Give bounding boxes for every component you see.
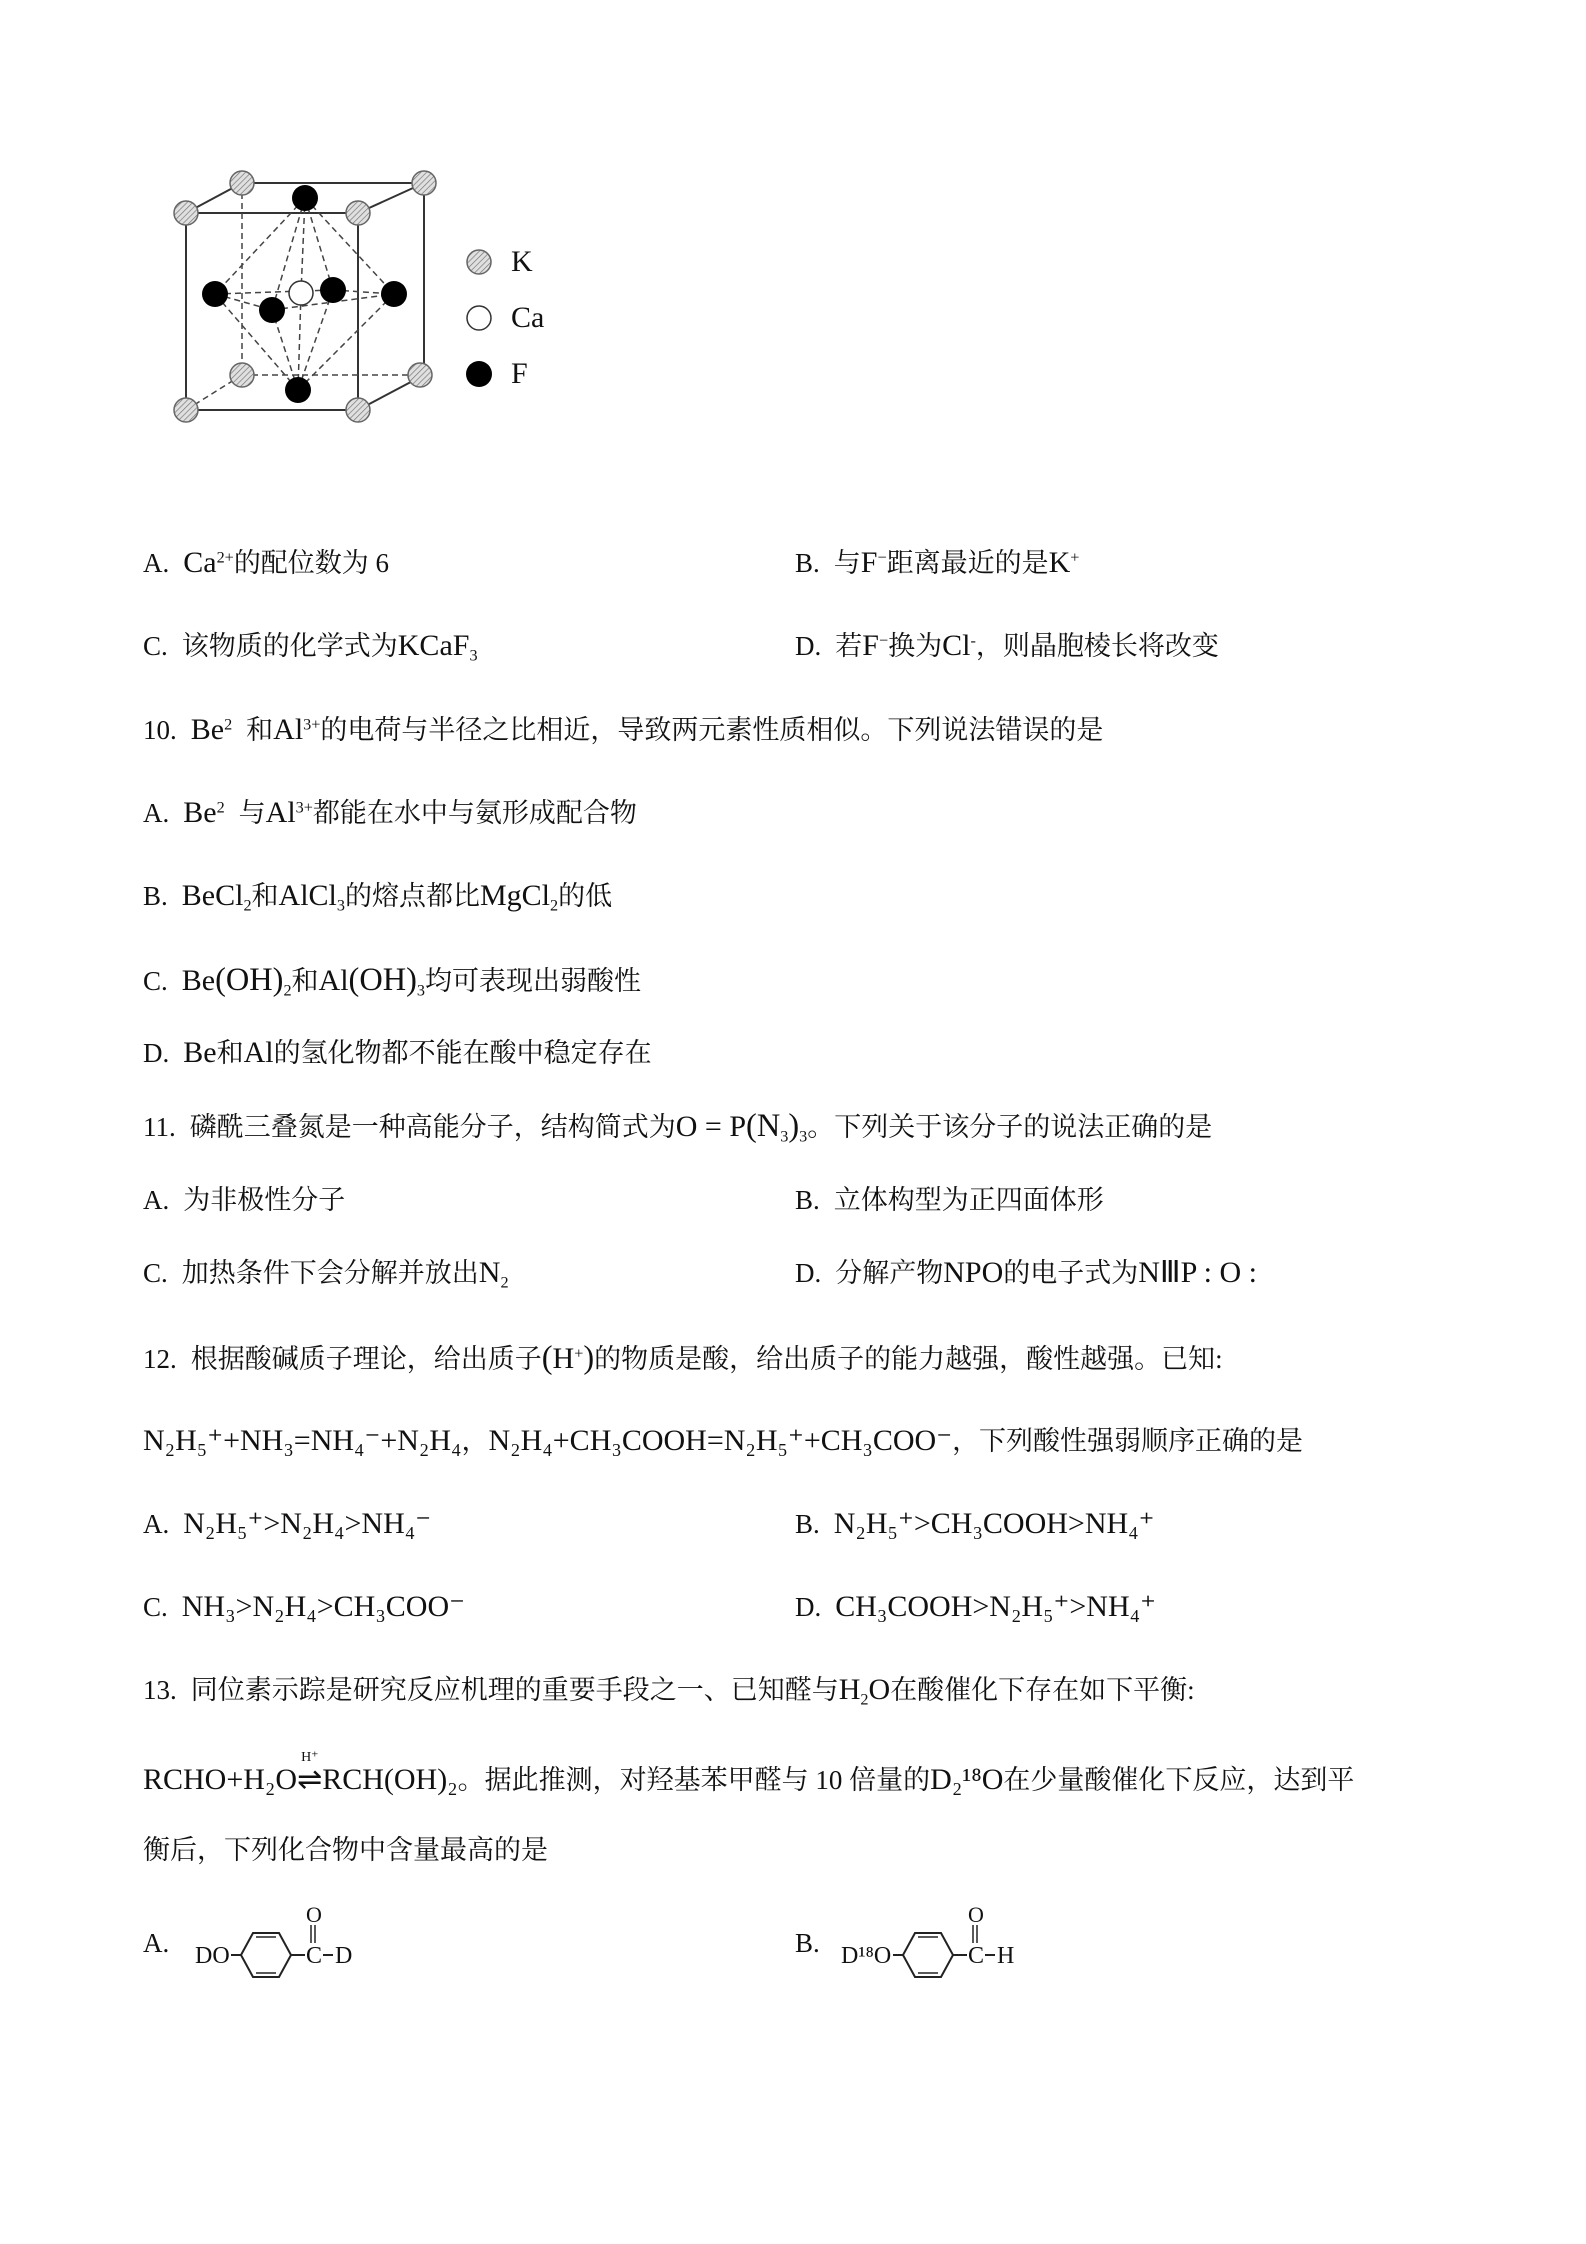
crystal-structure-figure: [150, 160, 450, 440]
legend-label: K: [511, 245, 533, 279]
legend-label: Ca: [511, 301, 544, 335]
q13-stem-line2: RCHO+H₂OH⁺⇌RCH(OH)₂。据此推测，对羟基苯甲醛与 10 倍量的D…: [143, 1762, 1354, 1798]
q12-option-c[interactable]: C.NH₃>N₂H₄>CH₃COO⁻: [143, 1589, 465, 1625]
q13-stem-line1: 13.同位素示踪是研究反应机理的重要手段之一、已知醛与H2O在酸催化下存在如下平…: [143, 1672, 1195, 1708]
q12-stem-line1: 12.根据酸碱质子理论，给出质子(H+)的物质是酸，给出质子的能力越强，酸性越强…: [143, 1340, 1223, 1377]
q13-option-b[interactable]: B. D¹⁸O O C H: [795, 1905, 1195, 1985]
q11-option-d[interactable]: D.分解产物NPO的电子式为NⅢP : O :: [795, 1255, 1257, 1291]
q9-option-d[interactable]: D.若F−换为Cl-，则晶胞棱长将改变: [795, 628, 1219, 664]
q13-option-a[interactable]: A. DO O C D: [143, 1905, 543, 1985]
q10-option-d[interactable]: D.Be和Al的氢化物都不能在酸中稳定存在: [143, 1035, 652, 1071]
legend-item-ca: Ca: [465, 301, 544, 335]
q11-option-a[interactable]: A.为非极性分子: [143, 1182, 345, 1218]
q11-option-c[interactable]: C.加热条件下会分解并放出N2: [143, 1255, 509, 1291]
q9-option-a[interactable]: A.Ca2+的配位数为 6: [143, 545, 389, 581]
catalyst-label: H⁺: [301, 1740, 319, 1776]
q12-option-b[interactable]: B.N₂H₅⁺>CH₃COOH>NH₄⁺: [795, 1506, 1154, 1542]
q10-option-a[interactable]: A.Be2与Al3+都能在水中与氨形成配合物: [143, 795, 637, 831]
q12-stem-line2: N₂H₅⁺+NH₃=NH₄⁻+N₂H₄，N₂H₄+CH₃COOH=N₂H₅⁺+C…: [143, 1423, 1303, 1459]
q9-option-c[interactable]: C.该物质的化学式为KCaF3: [143, 628, 478, 664]
q10-option-c[interactable]: C.Be(OH)2和Al(OH)3均可表现出弱酸性: [143, 962, 641, 999]
q13-stem-line3: 衡后，下列化合物中含量最高的是: [143, 1832, 548, 1868]
unit-cell-diagram: [150, 160, 450, 440]
filled-circle-icon: [465, 360, 493, 388]
q12-option-d[interactable]: D.CH₃COOH>N₂H₅⁺>NH₄⁺: [795, 1589, 1156, 1625]
q9-option-b[interactable]: B.与F−距离最近的是K+: [795, 545, 1079, 581]
hatched-circle-icon: [465, 248, 493, 276]
legend-item-f: F: [465, 357, 528, 391]
q10-option-b[interactable]: B.BeCl2和AlCl3的熔点都比MgCl2的低: [143, 878, 612, 914]
legend-item-k: K: [465, 245, 533, 279]
lewis-structure: NⅢP : O :: [1138, 1256, 1257, 1289]
q11-option-b[interactable]: B.立体构型为正四面体形: [795, 1182, 1104, 1218]
q12-option-a[interactable]: A.N₂H₅⁺>N₂H₄>NH₄⁻: [143, 1506, 431, 1542]
q11-stem: 11.磷酰三叠氮是一种高能分子，结构简式为O = P(N3)3。下列关于该分子的…: [143, 1108, 1212, 1145]
open-circle-icon: [465, 304, 493, 332]
q10-stem: 10.Be2和Al3+的电荷与半径之比相近，导致两元素性质相似。下列说法错误的是: [143, 712, 1103, 748]
legend-label: F: [511, 357, 528, 391]
